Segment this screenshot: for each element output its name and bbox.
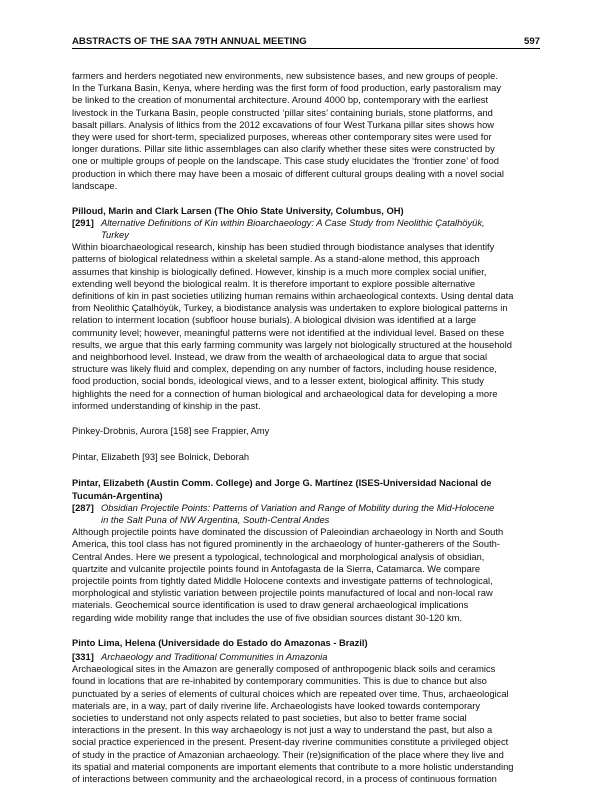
- text-line: livestock in the Turkana Basin, people c…: [72, 107, 540, 119]
- page-content: farmers and herders negotiated new envir…: [72, 70, 540, 785]
- abstract-body: Although projectile points have dominate…: [72, 526, 540, 624]
- text-line: longer durations. Pillar site lithic ass…: [72, 143, 540, 155]
- text-line: found in locations that are re-inhabited…: [72, 675, 540, 687]
- text-line: and neighborhood level. Instead, we draw…: [72, 351, 540, 363]
- title-line: Alternative Definitions of Kin within Bi…: [101, 217, 485, 229]
- text-line: one or multiple groups of people on the …: [72, 155, 540, 167]
- text-line: definitions of kin in past societies uti…: [72, 290, 540, 302]
- abstract-body: Within bioarchaeological research, kinsh…: [72, 241, 540, 412]
- cross-reference-text: Pinkey-Drobnis, Aurora [158] see Frappie…: [72, 425, 540, 437]
- text-line: structure was likely fluid and complex, …: [72, 363, 540, 375]
- text-line: Central Andes. Here we present a typolog…: [72, 551, 540, 563]
- text-line: punctuated by a series of elements of cu…: [72, 688, 540, 700]
- text-line: Although projectile points have dominate…: [72, 526, 540, 538]
- text-line: highlights the need for a connection of …: [72, 388, 540, 400]
- text-line: production in which there may have been …: [72, 168, 540, 180]
- abstract-title-row: [291] Alternative Definitions of Kin wit…: [72, 217, 540, 241]
- text-line: of interactions between community and th…: [72, 773, 540, 785]
- text-line: patterns of biological relatedness withi…: [72, 253, 540, 265]
- title-line: Turkey: [101, 229, 485, 241]
- session-number: [331]: [72, 651, 101, 663]
- text-line: regarding wide mobility range that inclu…: [72, 612, 540, 624]
- text-line: In the Turkana Basin, Kenya, where herdi…: [72, 82, 540, 94]
- author-heading: Pilloud, Marin and Clark Larsen (The Ohi…: [72, 205, 540, 217]
- text-line: materials. Geochemical source identifica…: [72, 599, 540, 611]
- title-line: Archaeology and Traditional Communities …: [101, 651, 327, 663]
- text-line: informed understanding of kinship in the…: [72, 400, 540, 412]
- session-number: [291]: [72, 217, 101, 241]
- text-line: assumes that kinship is biologically def…: [72, 266, 540, 278]
- author-heading: Tucumán-Argentina): [72, 490, 540, 502]
- title-line: Obsidian Projectile Points: Patterns of …: [101, 502, 494, 514]
- title-line: in the Salt Puna of NW Argentina, South-…: [101, 514, 494, 526]
- text-line: relation to interment location (subfloor…: [72, 314, 540, 326]
- text-line: societies to understand not only aspects…: [72, 712, 540, 724]
- abstract-title-row: [287] Obsidian Projectile Points: Patter…: [72, 502, 540, 526]
- text-line: morphological and stylistic variation be…: [72, 587, 540, 599]
- text-line: they were used for short-term, specializ…: [72, 131, 540, 143]
- text-line: Archaeological sites in the Amazon are g…: [72, 663, 540, 675]
- cross-reference: Pintar, Elizabeth [93] see Bolnick, Debo…: [72, 451, 540, 463]
- session-number: [287]: [72, 502, 101, 526]
- text-line: extending well beyond the biological rea…: [72, 278, 540, 290]
- author-heading: Pinto Lima, Helena (Universidade do Esta…: [72, 637, 540, 649]
- text-line: be linked to the creation of monumental …: [72, 94, 540, 106]
- abstract-title: Archaeology and Traditional Communities …: [101, 651, 327, 663]
- text-line: results, we argue that this early farmin…: [72, 339, 540, 351]
- running-header: ABSTRACTS OF THE SAA 79TH ANNUAL MEETING…: [72, 35, 540, 49]
- abstract-entry-pilloud: Pilloud, Marin and Clark Larsen (The Ohi…: [72, 205, 540, 412]
- abstract-title: Alternative Definitions of Kin within Bi…: [101, 217, 485, 241]
- text-line: materials are, in a way, part of daily r…: [72, 700, 540, 712]
- text-line: projectile points from tightly dated Mid…: [72, 575, 540, 587]
- abstract-body: Archaeological sites in the Amazon are g…: [72, 663, 540, 785]
- cross-reference-text: Pintar, Elizabeth [93] see Bolnick, Debo…: [72, 451, 540, 463]
- text-line: community level; however, meaningful pat…: [72, 327, 540, 339]
- text-line: its spatial and material components are …: [72, 761, 540, 773]
- text-line: Within bioarchaeological research, kinsh…: [72, 241, 540, 253]
- text-line: of study in the practice of Amazonian ar…: [72, 749, 540, 761]
- abstract-title-row: [331] Archaeology and Traditional Commun…: [72, 651, 540, 663]
- abstract-entry-pinto-lima: Pinto Lima, Helena (Universidade do Esta…: [72, 637, 540, 785]
- text-line: interactions in the present. In this way…: [72, 724, 540, 736]
- author-heading: Pintar, Elizabeth (Austin Comm. College)…: [72, 477, 540, 489]
- journal-title: ABSTRACTS OF THE SAA 79TH ANNUAL MEETING: [72, 36, 307, 47]
- abstract-title: Obsidian Projectile Points: Patterns of …: [101, 502, 494, 526]
- continued-abstract: farmers and herders negotiated new envir…: [72, 70, 540, 192]
- text-line: landscape.: [72, 180, 540, 192]
- cross-reference: Pinkey-Drobnis, Aurora [158] see Frappie…: [72, 425, 540, 437]
- text-line: America, this tool class has not figured…: [72, 538, 540, 550]
- text-line: farmers and herders negotiated new envir…: [72, 70, 540, 82]
- text-line: social practice experienced in the prese…: [72, 736, 540, 748]
- text-line: quartzite and vulcanite projectile point…: [72, 563, 540, 575]
- text-line: basalt pillars. Analysis of lithics from…: [72, 119, 540, 131]
- page-number: 597: [524, 36, 540, 47]
- text-line: from Neolithic Çatalhöyük, Turkey, a bio…: [72, 302, 540, 314]
- abstract-entry-pintar: Pintar, Elizabeth (Austin Comm. College)…: [72, 477, 540, 623]
- text-line: food production, social bonds, ideologic…: [72, 375, 540, 387]
